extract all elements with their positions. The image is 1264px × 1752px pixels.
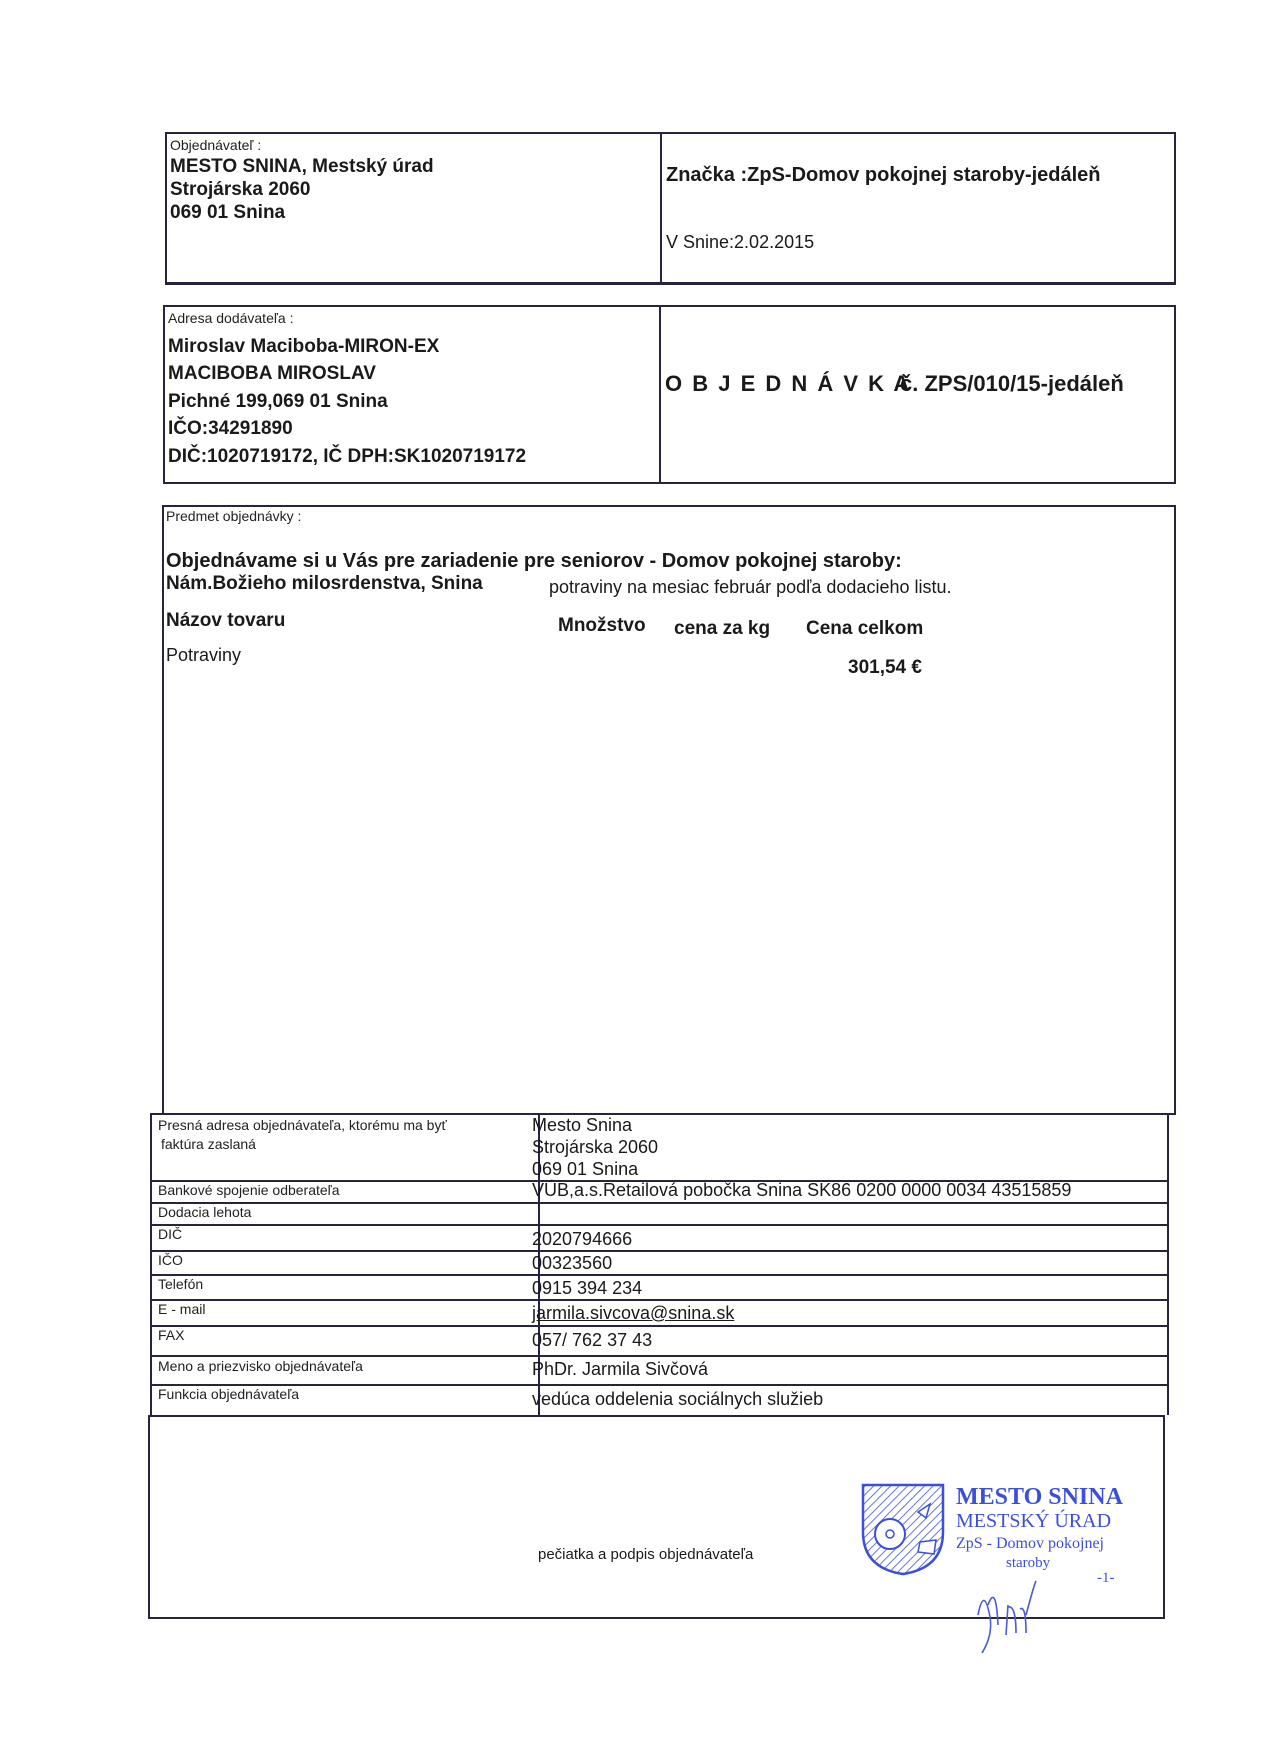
reference-date: V Snine:2.02.2015 bbox=[666, 232, 814, 253]
separator-line bbox=[165, 283, 1176, 285]
row-border bbox=[152, 1250, 1167, 1252]
invoice-address-line-2: Strojárska 2060 bbox=[532, 1137, 658, 1158]
email-label: E - mail bbox=[158, 1301, 205, 1317]
function-label: Funkcia objednávateľa bbox=[158, 1386, 299, 1402]
reference-mark: Značka :ZpS-Domov pokojnej staroby-jedál… bbox=[666, 162, 1101, 189]
invoice-address-line-1: Mesto Snina bbox=[532, 1115, 632, 1136]
supplier-dic: DIČ:1020719172, IČ DPH:SK1020719172 bbox=[168, 443, 526, 470]
email-link[interactable]: jarmila.sivcova@snina.sk bbox=[532, 1303, 734, 1324]
item-total: 301,54 € bbox=[848, 654, 922, 681]
delivery-label: Dodacia lehota bbox=[158, 1204, 251, 1220]
fax-label: FAX bbox=[158, 1327, 184, 1343]
dic-value: 2020794666 bbox=[532, 1229, 632, 1250]
row-border bbox=[152, 1113, 1167, 1115]
bank-label: Bankové spojenie odberateľa bbox=[158, 1182, 340, 1198]
supplier-label: Adresa dodávateľa : bbox=[168, 310, 294, 326]
item-name: Potraviny bbox=[166, 645, 241, 666]
stamp-line-1: MESTO SNINA bbox=[956, 1484, 1123, 1511]
name-label: Meno a priezvisko objednávateľa bbox=[158, 1358, 363, 1374]
bank-value: VÚB,a.s.Retailová pobočka Snina SK86 020… bbox=[532, 1180, 1071, 1201]
supplier-ico: IČO:34291890 bbox=[168, 415, 293, 442]
subject-description: potraviny na mesiac február podľa dodaci… bbox=[549, 577, 952, 598]
stamp-line-4: staroby bbox=[1006, 1555, 1050, 1572]
invoice-address-label-2: faktúra zaslaná bbox=[161, 1136, 256, 1152]
phone-label: Telefón bbox=[158, 1276, 203, 1292]
column-quantity: Množstvo bbox=[558, 612, 646, 639]
subject-label: Predmet objednávky : bbox=[166, 508, 301, 524]
handwritten-signature bbox=[960, 1575, 1060, 1655]
row-border bbox=[152, 1202, 1167, 1204]
name-value: PhDr. Jarmila Sivčová bbox=[532, 1359, 708, 1380]
row-border bbox=[152, 1299, 1167, 1301]
city-coat-of-arms-icon bbox=[860, 1482, 946, 1576]
supplier-line-2: MACIBOBA MIROSLAV bbox=[168, 360, 376, 387]
row-border bbox=[152, 1384, 1167, 1386]
supplier-line-3: Pichné 199,069 01 Snina bbox=[168, 388, 388, 415]
ico-label: IČO bbox=[158, 1252, 183, 1268]
supplier-divider bbox=[659, 307, 661, 484]
signature-caption: pečiatka a podpis objednávateľa bbox=[538, 1546, 753, 1563]
function-value: vedúca oddelenia sociálnych služieb bbox=[532, 1389, 823, 1410]
details-table: Presná adresa objednávateľa, ktorému ma … bbox=[150, 1113, 1169, 1415]
supplier-line-1: Miroslav Maciboba-MIRON-EX bbox=[168, 333, 439, 360]
column-unit-price: cena za kg bbox=[674, 615, 770, 642]
orderer-label: Objednávateľ : bbox=[170, 137, 261, 153]
order-number: č. ZPS/010/15-jedáleň bbox=[900, 370, 1124, 397]
stamp-number: -1- bbox=[1097, 1570, 1115, 1587]
column-name: Názov tovaru bbox=[166, 607, 285, 634]
row-border bbox=[152, 1274, 1167, 1276]
ico-value: 00323560 bbox=[532, 1253, 612, 1274]
stamp-line-2: MESTSKÝ ÚRAD bbox=[956, 1510, 1111, 1533]
orderer-divider bbox=[660, 134, 662, 284]
row-border bbox=[152, 1224, 1167, 1226]
dic-label: DIČ bbox=[158, 1226, 182, 1242]
stamp-line-3: ZpS - Domov pokojnej bbox=[956, 1535, 1104, 1553]
invoice-address-line-3: 069 01 Snina bbox=[532, 1159, 638, 1180]
order-title-word: O B J E D N Á V K A bbox=[665, 370, 911, 397]
orderer-city: 069 01 Snina bbox=[170, 199, 285, 226]
fax-value: 057/ 762 37 43 bbox=[532, 1330, 652, 1351]
phone-value: 0915 394 234 bbox=[532, 1278, 642, 1299]
row-border bbox=[152, 1325, 1167, 1327]
row-border bbox=[152, 1355, 1167, 1357]
invoice-address-label-1: Presná adresa objednávateľa, ktorému ma … bbox=[158, 1117, 447, 1133]
subject-address: Nám.Božieho milosrdenstva, Snina bbox=[166, 570, 483, 597]
column-total: Cena celkom bbox=[806, 615, 923, 642]
